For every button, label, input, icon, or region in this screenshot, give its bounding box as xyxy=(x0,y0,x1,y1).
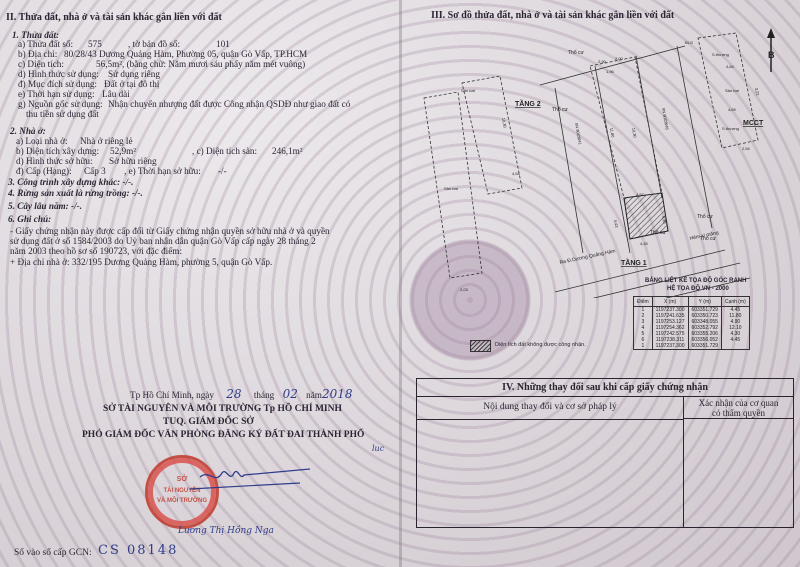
svg-text:Thổ cư: Thổ cư xyxy=(650,229,667,236)
note-line-3: năm 2003 theo hồ sơ số 190723, với đặc đ… xyxy=(10,246,182,257)
site-diagram: B Thổ cư Thổ cư Thổ cư Thổ cư Thổ cư R xyxy=(400,28,800,298)
svg-text:BLG: BLG xyxy=(685,40,693,45)
coord-header-cell: Điểm xyxy=(634,297,653,307)
floor-area-value: 246,1m² xyxy=(272,146,303,157)
svg-text:B: B xyxy=(768,50,775,60)
svg-text:Sân bat: Sân bat xyxy=(461,88,476,93)
authority-confirmation-header: Xác nhận của cơ quan có thẩm quyền xyxy=(684,396,793,419)
coord-cell xyxy=(721,343,749,350)
note-line-4: + Địa chỉ nhà ở: 332/195 Dương Quảng Hàm… xyxy=(10,257,272,268)
place-date-prefix: Tp Hồ Chí Minh, ngày xyxy=(130,390,214,400)
origin-value-line2: thu tiền sử dụng đất xyxy=(26,109,99,120)
section-3-heading: III. Sơ đồ thửa đất, nhà ở và tài sản kh… xyxy=(431,10,674,21)
svg-text:TẦNG 2: TẦNG 2 xyxy=(515,98,541,108)
signature-scribble xyxy=(160,465,320,495)
svg-text:S.thượng: S.thượng xyxy=(722,126,739,131)
origin-value-line1: Nhận chuyển nhượng đất được Công nhận QS… xyxy=(108,99,350,110)
own-term-value: -/- xyxy=(218,166,227,177)
svg-text:2,03: 2,03 xyxy=(460,287,469,292)
coord-table-title-2: HỆ TỌA ĐỘ VN - 2000 xyxy=(667,284,729,295)
svg-text:4,43: 4,43 xyxy=(613,219,619,228)
north-arrow-icon: B xyxy=(767,28,775,72)
coord-header-cell: Cạnh (m) xyxy=(721,297,749,307)
year-label: năm xyxy=(306,390,322,400)
svg-text:Thổ cư: Thổ cư xyxy=(552,106,569,113)
floor-area-label: , c) Diện tích sàn: xyxy=(192,146,257,157)
date-day: 28 xyxy=(216,387,251,401)
svg-text:2,54: 2,54 xyxy=(742,146,751,151)
svg-text:10,30: 10,30 xyxy=(501,117,508,128)
authority-header-line1: Xác nhận của cơ quan xyxy=(684,398,793,408)
place-date: Tp Hồ Chí Minh, ngày 28 tháng 02 năm2018 xyxy=(130,389,353,401)
coord-cell: 603351.729 xyxy=(688,343,721,350)
grade-value: Cấp 3 xyxy=(84,166,106,177)
section-2-heading: II. Thửa đất, nhà ở và tài sản khác gắn … xyxy=(6,12,222,23)
svg-text:S.thượng: S.thượng xyxy=(712,52,729,57)
own-term-label: , e) Thời hạn sở hữu: xyxy=(124,166,201,177)
svg-text:3,22: 3,22 xyxy=(754,87,760,96)
svg-text:4,84: 4,84 xyxy=(726,64,735,69)
other-works: 3. Công trình xây dựng khác: -/-. xyxy=(8,177,133,188)
coordinate-table: ĐiểmX (m)Y (m)Cạnh (m) 11197237.30060335… xyxy=(633,296,750,350)
svg-text:SN 80/28/41: SN 80/28/41 xyxy=(574,122,583,146)
changes-content-header: Nội dung thay đổi và cơ sở pháp lý xyxy=(417,396,684,420)
svg-text:MCCT: MCCT xyxy=(743,120,764,127)
section-4-heading: IV. Những thay đổi sau khi cấp giấy chứn… xyxy=(417,379,793,397)
register-label: Số vào sổ cấp GCN: xyxy=(14,548,92,559)
svg-text:4,54: 4,54 xyxy=(512,171,521,176)
svg-text:4,69: 4,69 xyxy=(728,107,737,112)
coord-cell: 1 xyxy=(634,343,653,350)
authority-header-line2: có thẩm quyền xyxy=(684,408,793,418)
perennial-trees: 5. Cây lâu năm: -/-. xyxy=(8,201,82,212)
date-year: 2018 xyxy=(322,387,353,401)
authority-confirmation-cell xyxy=(684,420,793,527)
coord-cell: 1197237.300 xyxy=(652,343,688,350)
svg-text:SN 80/28/45: SN 80/28/45 xyxy=(661,107,670,131)
svg-text:2,00: 2,00 xyxy=(615,56,624,61)
coord-header-cell: X (m) xyxy=(652,297,688,307)
changes-content-cell xyxy=(417,420,684,527)
notes-heading: 6. Ghi chú: xyxy=(8,214,51,225)
svg-text:2,90: 2,90 xyxy=(598,59,607,64)
svg-text:Ra Đ.Dương Quảng Hàm: Ra Đ.Dương Quảng Hàm xyxy=(559,248,616,266)
issuing-agency: SỞ TÀI NGUYÊN VÀ MÔI TRƯỜNG Tp HỒ CHÍ MI… xyxy=(103,404,342,415)
coord-row: 11197237.300603351.729 xyxy=(634,343,750,350)
register-number: CS 08148 xyxy=(98,545,178,556)
date-month: 02 xyxy=(277,387,304,401)
svg-text:4,57: 4,57 xyxy=(636,192,645,197)
svg-text:1,96: 1,96 xyxy=(606,69,615,74)
svg-text:4,45: 4,45 xyxy=(640,241,649,246)
signer-name: Lương Thị Hồng Nga xyxy=(178,526,274,537)
svg-text:Thổ cư: Thổ cư xyxy=(568,49,585,56)
legend-hatch-swatch xyxy=(470,340,491,352)
stamp-text-mid2: VÀ MÔI TRƯỜNG xyxy=(148,498,216,504)
month-label: tháng xyxy=(254,390,274,400)
svg-text:Sân bat: Sân bat xyxy=(725,88,740,93)
on-behalf-of: TUQ. GIÁM ĐỐC SỞ xyxy=(163,417,254,428)
production-forest: 4. Rừng sản xuất là rừng trồng: -/-. xyxy=(8,188,143,199)
legend-text: Diện tích đất không được công nhận. xyxy=(495,340,586,351)
svg-text:Thổ cư: Thổ cư xyxy=(697,213,714,220)
svg-text:Sân bat: Sân bat xyxy=(444,186,459,191)
certificate-page: II. Thửa đất, nhà ở và tài sản khác gắn … xyxy=(0,0,800,567)
signer-position: PHÓ GIÁM ĐỐC VĂN PHÒNG ĐĂNG KÝ ĐẤT ĐAI T… xyxy=(82,430,364,441)
svg-text:11,80: 11,80 xyxy=(609,127,616,138)
initials: luc xyxy=(372,443,384,454)
changes-table: IV. Những thay đổi sau khi cấp giấy chứn… xyxy=(416,378,794,528)
svg-text:TẦNG 1: TẦNG 1 xyxy=(621,257,647,267)
coord-header-cell: Y (m) xyxy=(688,297,721,307)
grade-label: đ) Cấp (Hạng): xyxy=(16,166,72,177)
svg-text:10,30: 10,30 xyxy=(631,127,638,138)
